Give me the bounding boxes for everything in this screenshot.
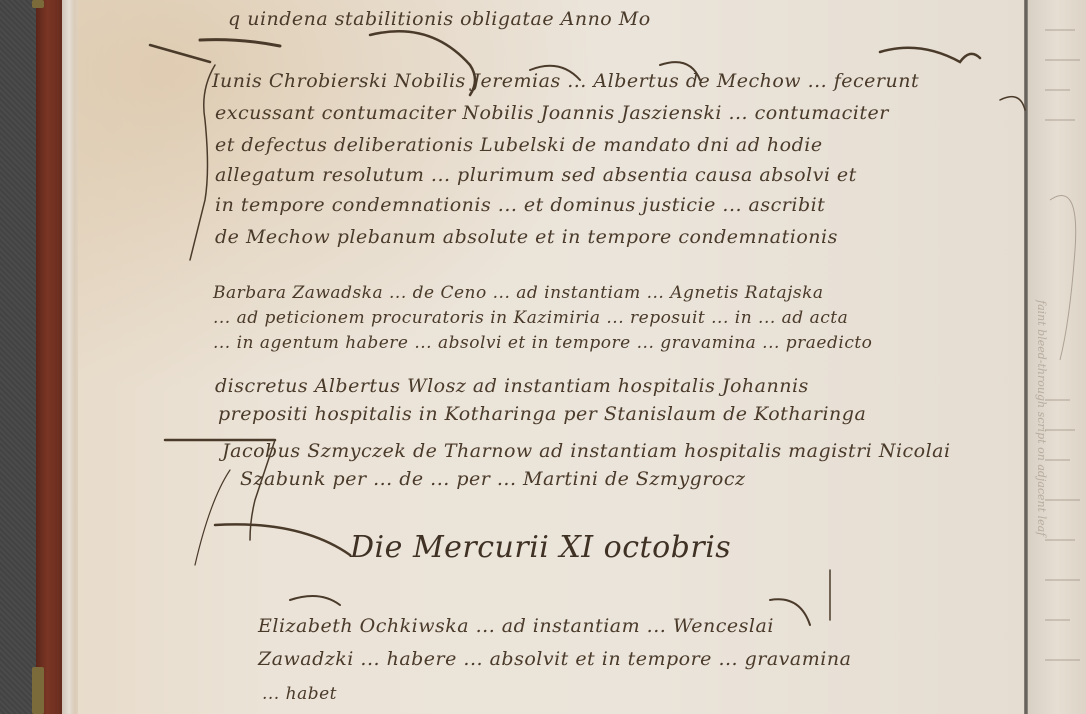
manuscript-line: ... in agentum habere ... absolvi et in … xyxy=(213,333,872,353)
manuscript-line: prepositi hospitalis in Kotharinga per S… xyxy=(218,403,866,425)
manuscript-line: ... ad peticionem procuratoris in Kazimi… xyxy=(213,308,848,328)
binding-clasp-top xyxy=(32,0,44,8)
manuscript-line: et defectus deliberationis Lubelski de m… xyxy=(215,134,823,156)
manuscript-line: Iunis Chrobierski Nobilis Jeremias ... A… xyxy=(212,70,919,92)
bleed-through-text: faint bleed-through script on adjacent l… xyxy=(1035,300,1048,536)
manuscript-line: discretus Albertus Wlosz ad instantiam h… xyxy=(215,375,809,397)
manuscript-line: allegatum resolutum ... plurimum sed abs… xyxy=(215,164,857,186)
manuscript-line: in tempore condemnationis ... et dominus… xyxy=(215,194,825,216)
manuscript-line: Jacobus Szmyczek de Tharnow ad instantia… xyxy=(222,440,951,462)
manuscript-line: de Mechow plebanum absolute et in tempor… xyxy=(215,226,838,248)
binding-clasp-bottom xyxy=(32,667,44,714)
manuscript-line: Zawadzki ... habere ... absolvit et in t… xyxy=(258,648,851,670)
manuscript-line: q uindena stabilitionis obligatae Anno M… xyxy=(228,8,651,30)
date-heading: Die Mercurii XI octobris xyxy=(350,530,731,565)
manuscript-line: Szabunk per ... de ... per ... Martini d… xyxy=(240,468,746,490)
manuscript-line: Elizabeth Ochkiwska ... ad instantiam ..… xyxy=(258,615,774,637)
scanner-backdrop xyxy=(0,0,38,714)
book-binding-leather xyxy=(36,0,64,714)
manuscript-line: excussant contumaciter Nobilis Joannis J… xyxy=(215,102,889,124)
manuscript-line: ... habet xyxy=(262,684,337,704)
manuscript-line: Barbara Zawadska ... de Ceno ... ad inst… xyxy=(213,283,824,303)
